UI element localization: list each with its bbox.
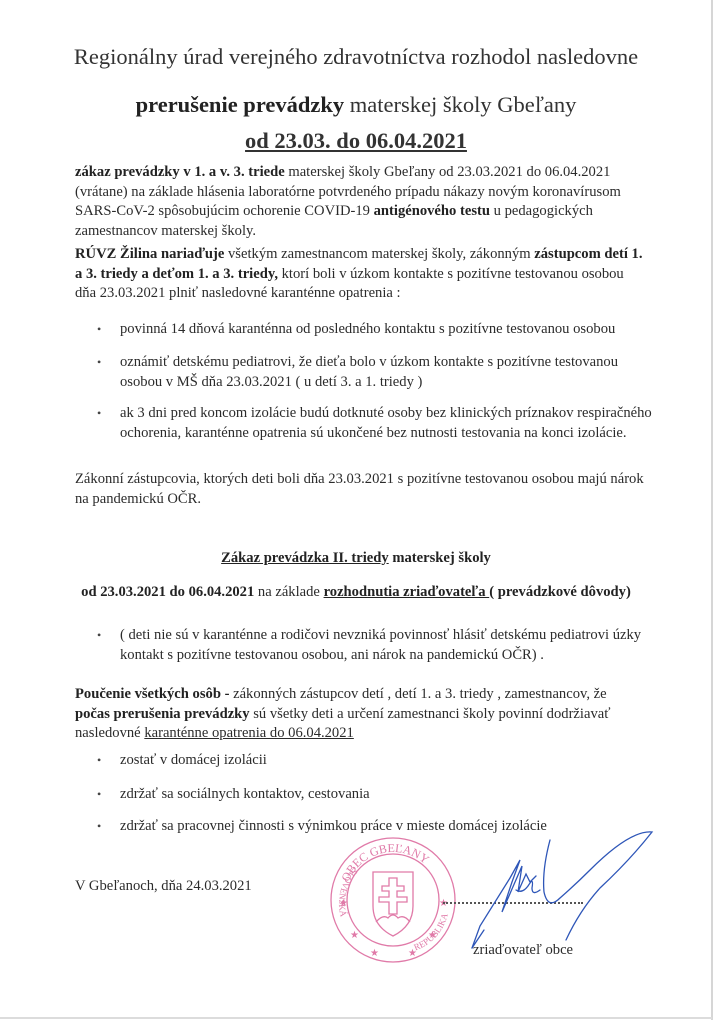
list-item-note: ( deti nie sú v karanténne a rodičovi ne… [97, 626, 660, 665]
signatory-role: zriaďovateľ obce [473, 942, 573, 959]
paragraph-operation-ban: zákaz prevádzky v 1. a v. 3. triede mate… [75, 163, 645, 241]
place-date: V Gbeľanoch, dňa 24.03.2021 [75, 878, 252, 895]
bold-text: zákaz prevádzky v 1. a v. 3. triede [75, 164, 285, 180]
paragraph-ruvz-order: RÚVZ Žilina nariaďuje všetkým zamestnanc… [75, 245, 645, 304]
signature-icon [460, 830, 660, 950]
heading-authority: Regionálny úrad verejného zdravotníctva … [0, 44, 712, 70]
svg-text:★: ★ [370, 948, 379, 959]
section2-title-rest: materskej školy [389, 550, 491, 566]
body-text: všetkým zamestnancom materskej školy, zá… [224, 246, 534, 262]
list-item-rule: zdržať sa sociálnych kontaktov, cestovan… [97, 785, 660, 805]
heading-subject-rest: materskej školy Gbeľany [344, 92, 576, 117]
scan-edge-bottom [0, 1017, 712, 1019]
bold-text: od 23.03.2021 do 06.04.2021 [81, 584, 254, 600]
bold-text: antigénového testu [374, 203, 490, 219]
list-item-measure: oznámiť detskému pediatrovi, že dieťa bo… [97, 353, 660, 392]
decision-underlined: rozhodnutia zriaďovateľa [324, 584, 490, 600]
paragraph-instruction: Poučenie všetkých osôb - zákonných zástu… [75, 685, 645, 744]
svg-text:★: ★ [428, 930, 437, 941]
list-item-measure: povinná 14 dňová karanténna od poslednéh… [97, 320, 660, 340]
svg-text:★: ★ [350, 930, 359, 941]
section2-dates: od 23.03.2021 do 06.04.2021 na základe r… [0, 584, 712, 601]
body-text: na základe [254, 584, 323, 600]
section2-title: Zákaz prevádzka II. triedy materskej ško… [0, 550, 712, 567]
bold-text: počas prerušenia prevádzky [75, 706, 250, 722]
heading-subject: prerušenie prevádzky materskej školy Gbe… [0, 92, 712, 118]
list-item-measure: ak 3 dni pred koncom izolácie budú dotkn… [97, 404, 660, 443]
list-item-rule: zostať v domácej izolácii [97, 751, 660, 771]
body-text: zákonných zástupcov detí , detí 1. a 3. … [229, 686, 606, 702]
heading-dates: od 23.03. do 06.04.2021 [0, 128, 712, 154]
svg-text:★: ★ [339, 898, 348, 909]
svg-text:★: ★ [408, 948, 417, 959]
section2-title-underlined: Zákaz prevádzka II. triedy [221, 550, 389, 566]
paragraph-ocr-entitlement: Zákonní zástupcovia, ktorých deti boli d… [75, 470, 645, 509]
underlined-text: karanténne opatrenia do 06.04.2021 [144, 725, 354, 741]
bold-text: RÚVZ Žilina nariaďuje [75, 246, 224, 262]
official-stamp-icon: OBEC GBEĽANY SLOVENSKÁ REPUBLIKA ★ ★ ★ ★… [328, 834, 458, 966]
bold-text: Poučenie všetkých osôb - [75, 686, 229, 702]
heading-subject-bold: prerušenie prevádzky [136, 92, 345, 117]
reason-text: ( prevádzkové dôvody) [489, 584, 631, 600]
